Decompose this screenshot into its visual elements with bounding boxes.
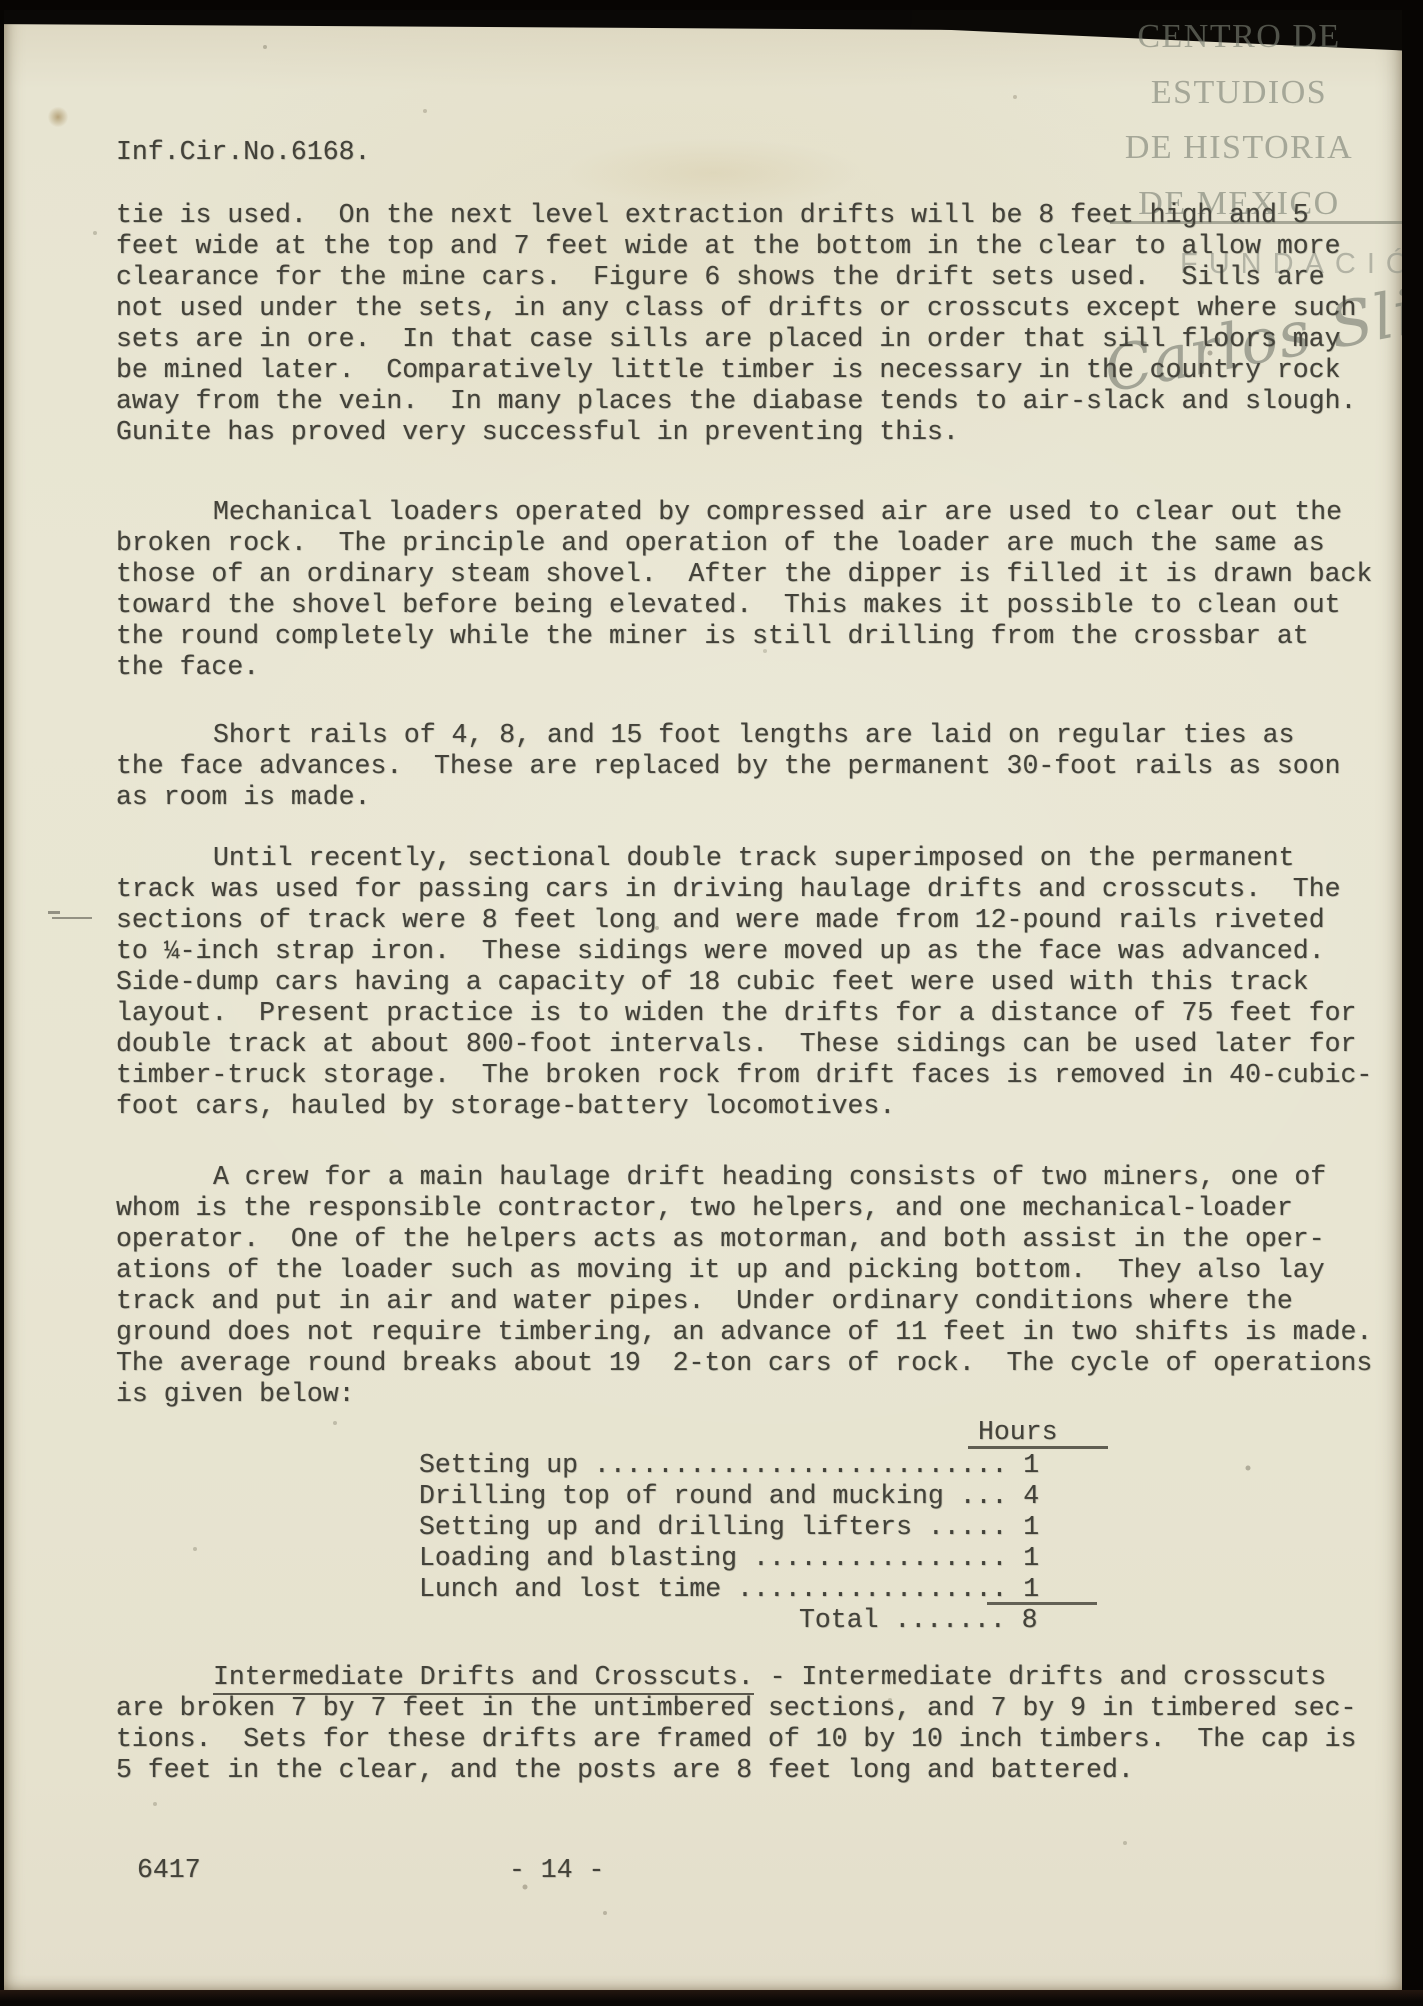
watermark-line: DE HISTORIA [1039,129,1402,185]
paragraph-4: Until recently, sectional double track s… [116,843,1372,1122]
paper-stain [48,106,68,128]
scanned-page-photo: CENTRO DE ESTUDIOS DE HISTORIA DE MEXICO… [0,0,1423,2006]
paper-discoloration [564,138,864,208]
margin-pencil-mark [52,908,104,918]
table-total-row: Total ....... 8 [799,1605,1038,1636]
watermark-line: ESTUDIOS [1039,74,1402,130]
table-row: Drilling top of round and mucking ... 4 [419,1481,1039,1511]
book-edge-bottom [0,1990,1423,2006]
page-number: - 14 - [509,1855,604,1886]
watermark-line: CENTRO DE [1039,18,1402,74]
table-row: Setting up and drilling lifters ..... 1 [419,1512,1039,1542]
paragraph-5: A crew for a main haulage drift heading … [116,1162,1372,1410]
document-code: 6417 [137,1855,201,1886]
table-row: Lunch and lost time ................. 1 [419,1574,1039,1604]
paragraph-3: Short rails of 4, 8, and 15 foot lengths… [116,720,1341,813]
table-row: Setting up .......................... 1 [419,1450,1039,1480]
table-row: Loading and blasting ................ 1 [419,1543,1039,1573]
hours-column-header: Hours [968,1418,1108,1449]
circular-number: Inf.Cir.No.6168. [116,137,370,168]
paragraph-1: tie is used. On the next level extractio… [116,200,1356,448]
book-edge-right [1400,0,1423,2006]
paragraph-2: Mechanical loaders operated by compresse… [116,497,1372,683]
paragraph-6: Intermediate Drifts and Crosscuts. - Int… [116,1662,1356,1786]
document-page: CENTRO DE ESTUDIOS DE HISTORIA DE MEXICO… [4,10,1402,1990]
cycle-table-rows: Setting up .......................... 1 … [419,1450,1039,1605]
dust-speckles [4,10,6,12]
section-heading: Intermediate Drifts and Crosscuts. [213,1662,754,1695]
